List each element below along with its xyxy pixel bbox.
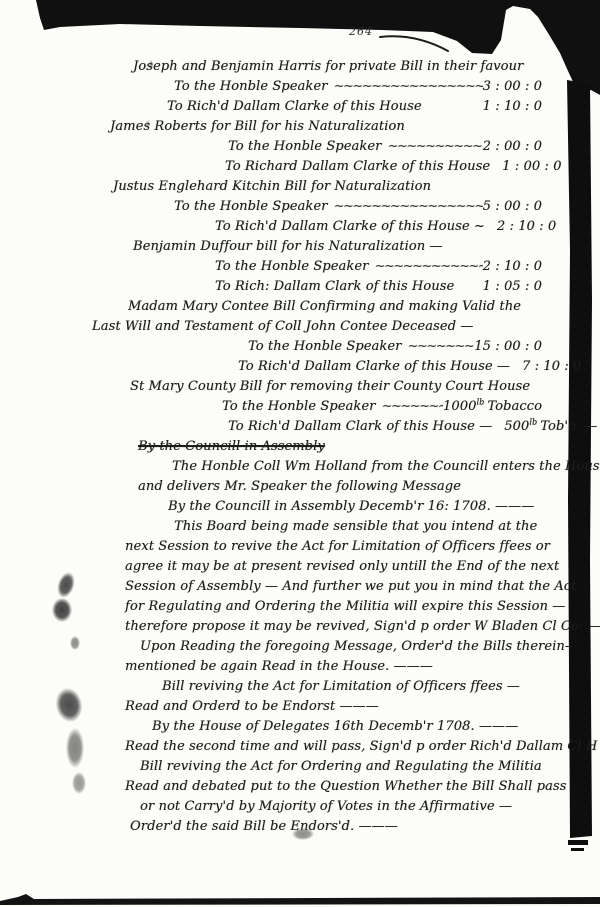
manuscript-line: To the Honble Speaker~~~~~~~~~~~~~~~~~~~… (228, 137, 556, 157)
manuscript-line: Benjamin Duffour bill for his Naturaliza… (133, 237, 556, 257)
fee-amount: 1000lbTobacco (443, 397, 542, 417)
manuscript-line: By the Councill in Assembly Decemb'r 16:… (168, 497, 556, 517)
manuscript-line-text: St Mary County Bill for removing their C… (130, 379, 530, 394)
manuscript-line: for Regulating and Ordering the Militia … (125, 597, 556, 617)
manuscript-line-text: and delivers Mr. Speaker the following M… (138, 479, 461, 494)
manuscript-line: To the Honble Speaker~~~~~~~~~~~~~~~~~~~… (215, 257, 556, 277)
manuscript-line-text: Order'd the said Bill be Endors'd. ——— (130, 819, 398, 834)
leader-squiggle (422, 97, 483, 117)
manuscript-line-text: Read and debated put to the Question Whe… (125, 779, 566, 794)
manuscript-line: Read and debated put to the Question Whe… (125, 777, 556, 797)
manuscript-line: James Roberts for Bill for his Naturaliz… (110, 117, 556, 137)
fee-amount: 1 : 00 : 0 (502, 157, 561, 177)
manuscript-line-text: Upon Reading the foregoing Message, Orde… (140, 639, 569, 654)
manuscript-line-text: The Honble Coll Wm Holland from the Coun… (172, 459, 600, 474)
manuscript-line-text: To Rich'd Dallam Clarke of this House ~ (215, 217, 485, 237)
manuscript-line-text: Read and Orderd to be Endorst ——— (125, 699, 379, 714)
manuscript-page: 264 Joseph and Benjamin Harris for priva… (0, 0, 600, 907)
manuscript-line: The Honble Coll Wm Holland from the Coun… (172, 457, 556, 477)
manuscript-line-text: To the Honble Speaker (222, 397, 375, 417)
ink-blot (146, 120, 150, 128)
manuscript-line-text: This Board being made sensible that you … (174, 519, 537, 534)
manuscript-line-text: By the Councill in Assembly Decemb'r 16:… (168, 499, 534, 514)
manuscript-line: To the Honble Speaker~~~~~~~~~~~~~~~~~~~… (222, 397, 556, 417)
manuscript-line: Session of Assembly — And further we put… (125, 577, 556, 597)
ink-blot (70, 636, 80, 650)
manuscript-line: and delivers Mr. Speaker the following M… (138, 477, 556, 497)
manuscript-line-text: next Session to revive the Act for Limit… (125, 539, 550, 554)
manuscript-line-text: By the House of Delegates 16th Decemb'r … (152, 719, 518, 734)
leader-squiggle: ~~~~~~~~~~~~~~~~~~~~~~~~~~~~~~~~~~~~~~~~ (381, 137, 482, 157)
leader-squiggle (490, 157, 502, 177)
manuscript-line: Read and Orderd to be Endorst ——— (125, 697, 556, 717)
manuscript-line: Madam Mary Contee Bill Confirming and ma… (128, 297, 556, 317)
manuscript-line-text: Madam Mary Contee Bill Confirming and ma… (128, 299, 521, 314)
manuscript-line: agree it may be at present revised only … (125, 557, 556, 577)
manuscript-line: To Rich'd Dallam Clarke of this House ~2… (215, 217, 556, 237)
manuscript-line: To Rich'd Dallam Clarke of this House1 :… (167, 97, 556, 117)
manuscript-line-text: By the Councill in Assembly (138, 439, 325, 454)
manuscript-line: Last Will and Testament of Coll John Con… (92, 317, 556, 337)
manuscript-line: Bill reviving the Act for Limitation of … (162, 677, 556, 697)
page-number: 264 (349, 25, 373, 38)
manuscript-line-text: Bill reviving the Act for Limitation of … (162, 679, 520, 694)
manuscript-line: By the House of Delegates 16th Decemb'r … (152, 717, 556, 737)
manuscript-line-text: To the Honble Speaker (248, 337, 401, 357)
manuscript-line-text: To the Honble Speaker (174, 77, 327, 97)
manuscript-line-text: Bill reviving the Act for Ordering and R… (140, 759, 542, 774)
fee-amount: 15 : 00 : 0 (474, 337, 542, 357)
manuscript-line: By the Councill in Assembly (138, 437, 556, 457)
leader-squiggle (492, 417, 504, 437)
ink-blot (292, 828, 314, 840)
fee-amount: 2 : 10 : 0 (483, 257, 542, 277)
leader-squiggle: ~~~~~~~~~~~~~~~~~~~~~~~~~~~~~~~~~~~~~~~~ (327, 77, 482, 97)
manuscript-line: therefore propose it may be revived, Sig… (125, 617, 556, 637)
manuscript-line-text: Joseph and Benjamin Harris for private B… (133, 59, 523, 74)
leader-squiggle (454, 277, 482, 297)
manuscript-line-text: To the Honble Speaker (174, 197, 327, 217)
manuscript-line: Order'd the said Bill be Endors'd. ——— (130, 817, 556, 837)
fee-amount: 3 : 00 : 0 (483, 77, 542, 97)
leader-squiggle: ~~~~~~~~~~~~~~~~~~~~~~~~~~~~~~~~~~~~~~~~ (368, 257, 482, 277)
manuscript-line-text: therefore propose it may be revived, Sig… (125, 619, 600, 634)
fee-amount: 5 : 00 : 0 (483, 197, 542, 217)
leader-squiggle: ~~~~~~~~~~~~~~~~~~~~~~~~~~~~~~~~~~~~~~~~ (375, 397, 443, 417)
leader-squiggle (510, 357, 522, 377)
manuscript-line-text: Read the second time and will pass, Sign… (125, 739, 600, 754)
manuscript-line: or not Carry'd by Majority of Votes in t… (140, 797, 556, 817)
fee-amount: 2 : 00 : 0 (483, 137, 542, 157)
manuscript-line: To the Honble Speaker~~~~~~~~~~~~~~~~~~~… (248, 337, 556, 357)
manuscript-line-text: To Rich: Dallam Clark of this House (215, 277, 454, 297)
scan-border-bottom (0, 894, 600, 905)
manuscript-line-text: agree it may be at present revised only … (125, 559, 559, 574)
manuscript-lines: Joseph and Benjamin Harris for private B… (0, 57, 556, 837)
manuscript-line: Justus Englehard Kitchin Bill for Natura… (113, 177, 556, 197)
manuscript-line-text: To Rich'd Dallam Clark of this House — (228, 417, 492, 437)
leader-squiggle (485, 217, 497, 237)
manuscript-line-text: Last Will and Testament of Coll John Con… (92, 319, 473, 334)
fee-amount: 500lbTob'o. — (504, 417, 597, 437)
ink-blot (66, 728, 84, 768)
scan-border-right-dash (571, 848, 584, 851)
manuscript-line-text: mentioned be again Read in the House. ——… (125, 659, 433, 674)
manuscript-line: To the Honble Speaker~~~~~~~~~~~~~~~~~~~… (174, 77, 556, 97)
manuscript-line-text: James Roberts for Bill for his Naturaliz… (110, 119, 405, 134)
manuscript-line: Upon Reading the foregoing Message, Orde… (140, 637, 556, 657)
fee-amount: 7 : 10 : 0 (522, 357, 581, 377)
fee-amount: 2 : 10 : 0 (497, 217, 556, 237)
leader-squiggle: ~~~~~~~~~~~~~~~~~~~~~~~~~~~~~~~~~~~~~~~~ (327, 197, 482, 217)
manuscript-line: Bill reviving the Act for Ordering and R… (140, 757, 556, 777)
leader-squiggle: ~~~~~~~~~~~~~~~~~~~~~~~~~~~~~~~~~~~~~~~~ (401, 337, 474, 357)
manuscript-line: St Mary County Bill for removing their C… (130, 377, 556, 397)
manuscript-line: To Rich: Dallam Clark of this House1 : 0… (215, 277, 556, 297)
manuscript-line: To Richard Dallam Clarke of this House1 … (225, 157, 556, 177)
manuscript-line-text: To Rich'd Dallam Clarke of this House — (238, 357, 510, 377)
pen-flourish (380, 36, 448, 51)
ink-blot (52, 598, 72, 622)
manuscript-line: To Rich'd Dallam Clarke of this House —7… (238, 357, 556, 377)
manuscript-line-text: To Rich'd Dallam Clarke of this House (167, 97, 422, 117)
manuscript-line: Joseph and Benjamin Harris for private B… (133, 57, 556, 77)
fee-amount: 1 : 05 : 0 (483, 277, 542, 297)
fee-amount: 1 : 10 : 0 (483, 97, 542, 117)
ink-blot (72, 772, 86, 794)
manuscript-line-text: Benjamin Duffour bill for his Naturaliza… (133, 239, 443, 254)
manuscript-line-text: or not Carry'd by Majority of Votes in t… (140, 799, 512, 814)
manuscript-line: next Session to revive the Act for Limit… (125, 537, 556, 557)
manuscript-line-text: for Regulating and Ordering the Militia … (125, 599, 565, 614)
ink-blot (149, 60, 153, 70)
scan-border-right-dash (568, 840, 588, 845)
manuscript-line: Read the second time and will pass, Sign… (125, 737, 556, 757)
manuscript-line: This Board being made sensible that you … (174, 517, 556, 537)
manuscript-line-text: To Richard Dallam Clarke of this House (225, 157, 490, 177)
manuscript-line-text: Justus Englehard Kitchin Bill for Natura… (113, 179, 431, 194)
manuscript-line-text: To the Honble Speaker (228, 137, 381, 157)
manuscript-line: mentioned be again Read in the House. ——… (125, 657, 556, 677)
manuscript-line-text: To the Honble Speaker (215, 257, 368, 277)
manuscript-line: To Rich'd Dallam Clark of this House —50… (228, 417, 556, 437)
manuscript-line: To the Honble Speaker~~~~~~~~~~~~~~~~~~~… (174, 197, 556, 217)
manuscript-line-text: Session of Assembly — And further we put… (125, 579, 576, 594)
